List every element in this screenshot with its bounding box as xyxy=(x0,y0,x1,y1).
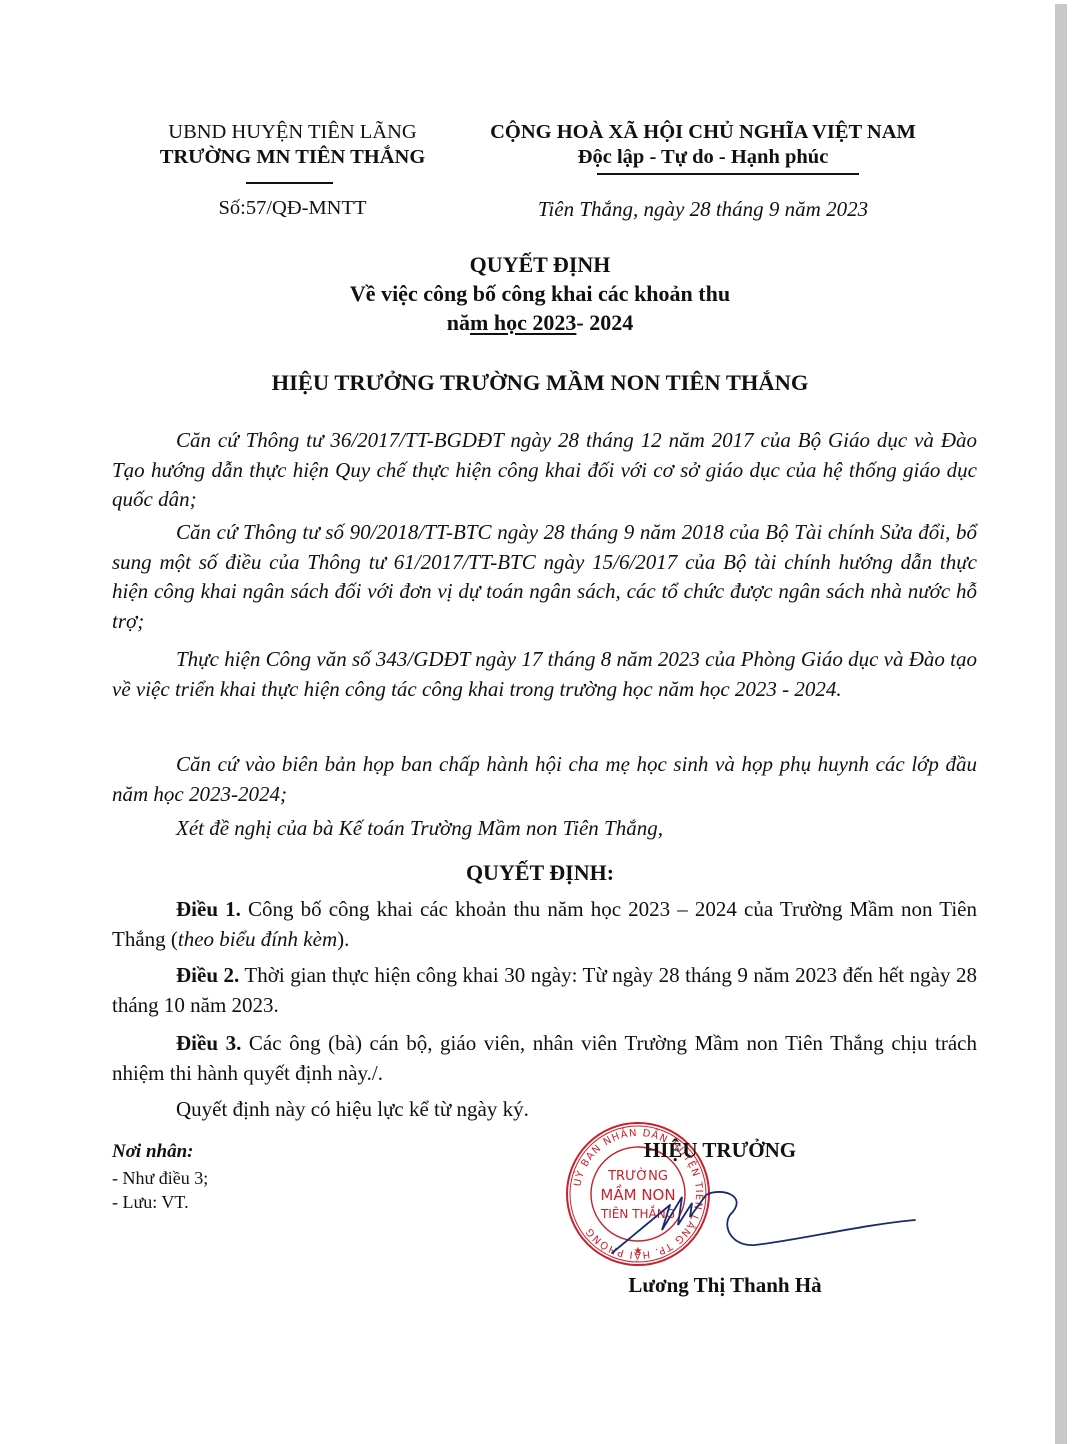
handwritten-signature-icon xyxy=(610,1185,920,1255)
document-title: QUYẾT ĐỊNH Về việc công bố công khai các… xyxy=(140,250,940,337)
article-text: Các ông (bà) cán bộ, giáo viên, nhân viê… xyxy=(112,1031,977,1085)
parent-authority: UBND HUYỆN TIÊN LÃNG xyxy=(150,120,435,145)
preamble-paragraph: Căn cứ vào biên bản họp ban chấp hành hộ… xyxy=(112,750,977,809)
article-text: Thời gian thực hiện công khai 30 ngày: T… xyxy=(112,963,977,1017)
document-number: Số:57/QĐ-MNTT xyxy=(150,197,435,220)
recipients-label: Nơi nhân: xyxy=(112,1140,412,1164)
decision-heading: QUYẾT ĐỊNH: xyxy=(140,860,940,886)
signatory-title: HIỆU TRƯỞNG xyxy=(610,1138,830,1163)
subject-year-post: - 2024 xyxy=(576,310,633,335)
place-and-date: Tiên Thắng, ngày 28 tháng 9 năm 2023 xyxy=(478,197,928,222)
document-page: UBND HUYỆN TIÊN LÃNG TRƯỜNG MN TIÊN THẮN… xyxy=(0,0,1052,1444)
effective-clause: Quyết định này có hiệu lực kể từ ngày ký… xyxy=(112,1095,977,1125)
preamble-paragraph: Căn cứ Thông tư 36/2017/TT-BGDĐT ngày 28… xyxy=(112,426,977,515)
title-heading: QUYẾT ĐỊNH xyxy=(140,250,940,279)
issuing-authority-line: HIỆU TRƯỞNG TRƯỜNG MẦM NON TIÊN THẮNG xyxy=(140,370,940,396)
title-subject-line2: năm học 2023- 2024 xyxy=(140,308,940,337)
national-motto-block: CỘNG HOÀ XÃ HỘI CHỦ NGHĨA VIỆT NAM Độc l… xyxy=(478,120,928,170)
article-1: Điều 1. Công bố công khai các khoản thu … xyxy=(112,895,977,954)
recipient-item: - Như điều 3; xyxy=(112,1166,412,1190)
header-left-rule xyxy=(246,182,333,184)
school-name: TRƯỜNG MN TIÊN THẮNG xyxy=(150,145,435,170)
recipients-block: Nơi nhân: - Như điều 3; - Lưu: VT. xyxy=(112,1140,412,1214)
scrollbar[interactable] xyxy=(1055,4,1067,1444)
subject-year-underlined: m học 2023 xyxy=(470,310,576,335)
article-text: ). xyxy=(337,927,349,951)
title-subject-line1: Về việc công bố công khai các khoản thu xyxy=(140,279,940,308)
svg-text:TRƯỜNG: TRƯỜNG xyxy=(607,1168,668,1184)
article-3: Điều 3. Các ông (bà) cán bộ, giáo viên, … xyxy=(112,1029,977,1088)
nation-name: CỘNG HOÀ XÃ HỘI CHỦ NGHĨA VIỆT NAM xyxy=(478,120,928,145)
national-motto: Độc lập - Tự do - Hạnh phúc xyxy=(478,145,928,170)
preamble-paragraph: Xét đề nghị của bà Kế toán Trường Mầm no… xyxy=(112,814,977,844)
article-2: Điều 2. Thời gian thực hiện công khai 30… xyxy=(112,961,977,1020)
subject-year-pre: nă xyxy=(447,310,470,335)
header-right-rule xyxy=(597,173,859,175)
recipient-item: - Lưu: VT. xyxy=(112,1190,412,1214)
article-label: Điều 3. xyxy=(176,1031,241,1055)
article-text-italic: theo biểu đính kèm xyxy=(178,927,337,951)
issuing-agency-block: UBND HUYỆN TIÊN LÃNG TRƯỜNG MN TIÊN THẮN… xyxy=(150,120,435,170)
signatory-name: Lương Thị Thanh Hà xyxy=(600,1273,850,1298)
preamble-paragraph: Thực hiện Công văn số 343/GDĐT ngày 17 t… xyxy=(112,645,977,704)
preamble-paragraph: Căn cứ Thông tư số 90/2018/TT-BTC ngày 2… xyxy=(112,518,977,636)
article-label: Điều 2. xyxy=(176,963,239,987)
article-label: Điều 1. xyxy=(176,897,241,921)
